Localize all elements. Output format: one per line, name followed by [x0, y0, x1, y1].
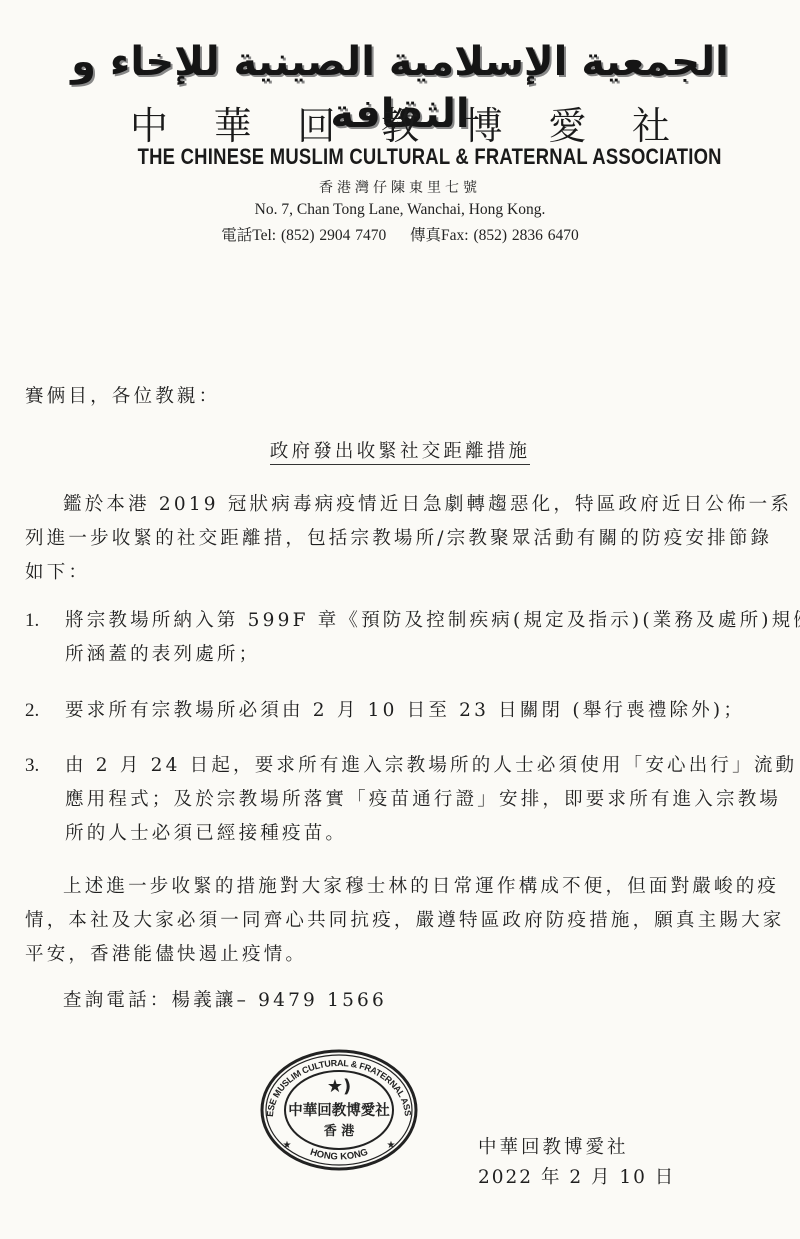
address-chinese: 香港灣仔陳東里七號	[0, 177, 800, 197]
list-line: 將宗教場所納入第 599F 章《預防及控制疾病(規定及指示)(業務及處所)規例》	[65, 604, 800, 638]
salutation: 賽俩目，各位教親：	[25, 380, 780, 414]
letterhead-char: 愛	[548, 102, 586, 150]
letter-heading: 政府發出收緊社交距離措施	[0, 437, 800, 463]
paragraph-line: 平安，香港能儘快遏止疫情。	[25, 938, 780, 972]
signature-date: 2022 年 2 月 10 日	[478, 1163, 675, 1189]
list-line: 要求所有宗教場所必須由 2 月 10 日至 23 日關閉 (舉行喪禮除外)；	[65, 694, 745, 728]
list-line: 所的人士必須已經接種疫苗。	[65, 817, 797, 851]
letterhead-english-name: THE CHINESE MUSLIM CULTURAL & FRATERNAL …	[138, 144, 663, 170]
letterhead-char: 博	[465, 102, 503, 150]
closing-paragraph: 上述進一步收緊的措施對大家穆士林的日常運作構成不便，但面對嚴峻的疫 情，本社及大…	[25, 870, 780, 972]
list-line: 應用程式；及於宗教場所落實「疫苗通行證」安排，即要求所有進入宗教場	[65, 783, 797, 817]
address-english: No. 7, Chan Tong Lane, Wanchai, Hong Kon…	[0, 201, 800, 219]
tel-label: 電話Tel:	[221, 227, 276, 244]
svg-text:香 港: 香 港	[324, 1123, 355, 1139]
svg-text:★): ★)	[327, 1076, 351, 1097]
paragraph-line: 情，本社及大家必須一同齊心共同抗疫，嚴遵特區政府防疫措施，願真主賜大家	[25, 904, 780, 938]
svg-text:中華回教博愛社: 中華回教博愛社	[288, 1101, 390, 1119]
intro-paragraph: 鑑於本港 2019 冠狀病毒病疫情近日急劇轉趨惡化，特區政府近日公佈一系 列進一…	[25, 488, 780, 590]
list-line: 由 2 月 24 日起，要求所有進入宗教場所的人士必須使用「安心出行」流動	[65, 749, 797, 783]
list-number: 3.	[25, 749, 39, 783]
letterhead-char: 教	[381, 102, 419, 150]
letter-heading-text: 政府發出收緊社交距離措施	[270, 441, 530, 465]
paragraph-line: 鑑於本港 2019 冠狀病毒病疫情近日急劇轉趨惡化，特區政府近日公佈一系	[25, 488, 780, 522]
signature-organization: 中華回教博愛社	[478, 1133, 629, 1159]
tel-number: (852) 2904 7470	[281, 227, 386, 244]
list-number: 2.	[25, 694, 39, 728]
svg-text:★: ★	[283, 1140, 292, 1151]
letterhead-char: 回	[297, 102, 335, 150]
list-number: 1.	[25, 604, 39, 638]
paragraph-line: 如下：	[25, 556, 780, 590]
list-line: 所涵蓋的表列處所；	[65, 638, 800, 672]
letter-page: الجمعية الإسلامية الصينية للإخاء و الثقا…	[0, 0, 800, 1239]
enquiry-phone: 查詢電話：楊義讓– 9479 1566	[63, 984, 800, 1018]
fax-number: (852) 2836 6470	[473, 227, 578, 244]
seal-icon: THE CHINESE MUSLIM CULTURAL & FRATERNAL …	[259, 1048, 419, 1172]
association-seal-stamp: THE CHINESE MUSLIM CULTURAL & FRATERNAL …	[259, 1048, 419, 1172]
svg-text:★: ★	[387, 1140, 396, 1151]
letterhead-chinese-name: 中 華 回 教 博 愛 社	[130, 102, 670, 150]
fax-label: 傳真Fax:	[410, 227, 469, 244]
paragraph-line: 列進一步收緊的社交距離措，包括宗教場所/宗教聚眾活動有關的防疫安排節錄	[25, 522, 780, 556]
letterhead-char: 社	[632, 102, 670, 150]
contact-line: 電話Tel: (852) 2904 7470 傳真Fax: (852) 2836…	[0, 223, 800, 245]
paragraph-line: 上述進一步收緊的措施對大家穆士林的日常運作構成不便，但面對嚴峻的疫	[25, 870, 780, 904]
letterhead-char: 中	[130, 102, 168, 150]
letterhead-char: 華	[214, 102, 252, 150]
